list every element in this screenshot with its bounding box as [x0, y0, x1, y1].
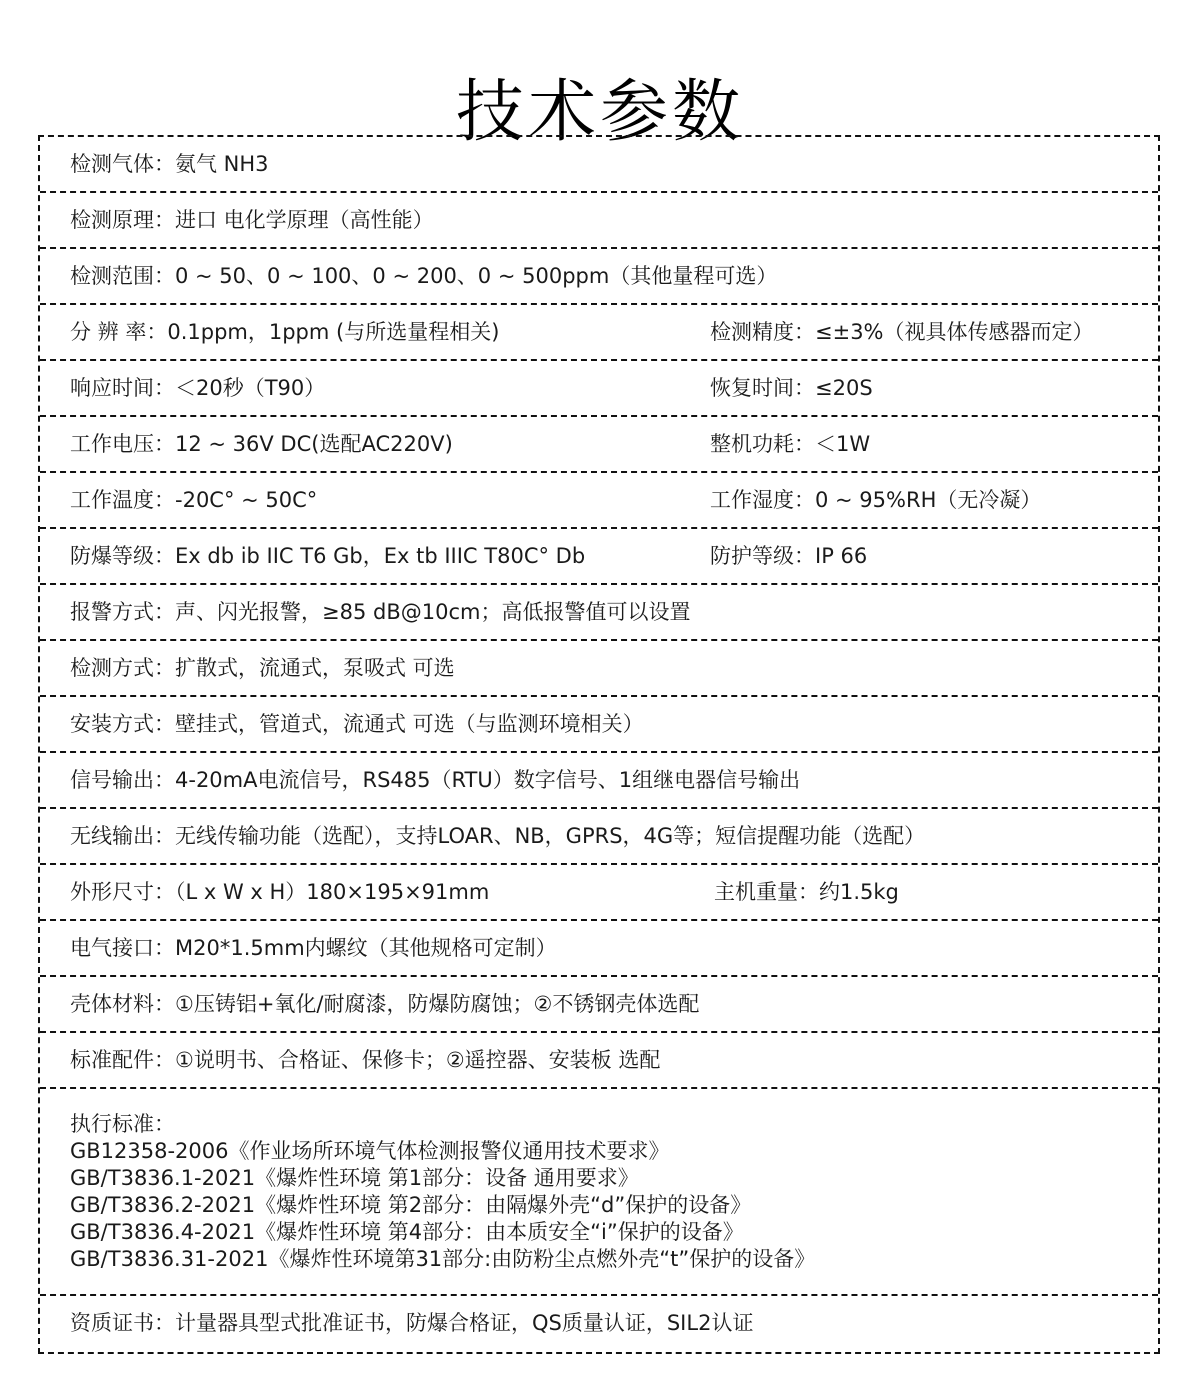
spec-row-certification: 资质证书：计量器具型式批准证书，防爆合格证，QS质量认证，SIL2认证 — [40, 1296, 1158, 1352]
standards-heading: 执行标准： — [40, 1111, 1158, 1138]
spec-row-housing: 壳体材料：①压铸铝+氧化/耐腐漆，防爆防腐蚀；②不锈钢壳体选配 — [40, 977, 1158, 1033]
spec-detected-gas: 检测气体：氨气 NH3 — [70, 137, 269, 191]
spec-signal-output: 信号输出：4-20mA电流信号，RS485（RTU）数字信号、1组继电器信号输出 — [70, 753, 800, 807]
spec-certifications: 资质证书：计量器具型式批准证书，防爆合格证，QS质量认证，SIL2认证 — [70, 1296, 753, 1350]
spec-wireless-output: 无线输出：无线传输功能（选配），支持LOAR、NB，GPRS，4G等；短信提醒功… — [70, 809, 925, 863]
spec-accuracy: 检测精度：≤±3%（视具体传感器而定） — [710, 305, 1094, 359]
spec-row-voltage: 工作电压：12 ~ 36V DC(选配AC220V) 整机功耗：＜1W — [40, 417, 1158, 473]
spec-row-detection-mode: 检测方式：扩散式，流通式，泵吸式 可选 — [40, 641, 1158, 697]
spec-housing-material: 壳体材料：①压铸铝+氧化/耐腐漆，防爆防腐蚀；②不锈钢壳体选配 — [70, 977, 699, 1031]
spec-electrical-interface: 电气接口：M20*1.5mm内螺纹（其他规格可定制） — [70, 921, 557, 975]
spec-row-installation: 安装方式：壁挂式，管道式，流通式 可选（与监测环境相关） — [40, 697, 1158, 753]
spec-row-standards: 执行标准： GB12358-2006《作业场所环境气体检测报警仪通用技术要求》 … — [40, 1089, 1158, 1296]
spec-alarm-mode: 报警方式：声、闪光报警，≥85 dB@10cm；高低报警值可以设置 — [70, 585, 690, 639]
spec-detection-mode: 检测方式：扩散式，流通式，泵吸式 可选 — [70, 641, 455, 695]
spec-row-signal: 信号输出：4-20mA电流信号，RS485（RTU）数字信号、1组继电器信号输出 — [40, 753, 1158, 809]
spec-weight: 主机重量：约1.5kg — [714, 865, 899, 919]
spec-row-resolution: 分 辨 率：0.1ppm，1ppm (与所选量程相关) 检测精度：≤±3%（视具… — [40, 305, 1158, 361]
spec-dimensions: 外形尺寸：（L x W x H）180×195×91mm — [70, 865, 489, 919]
spec-row-accessories: 标准配件：①说明书、合格证、保修卡；②遥控器、安装板 选配 — [40, 1033, 1158, 1089]
spec-working-humidity: 工作湿度：0 ~ 95%RH（无冷凝） — [710, 473, 1041, 527]
standard-item: GB/T3836.31-2021《爆炸性环境第31部分:由防粉尘点燃外壳“t”保… — [40, 1246, 1158, 1273]
spec-row-explosion-proof: 防爆等级：Ex db ib IIC T6 Gb，Ex tb IIIC T80C°… — [40, 529, 1158, 585]
spec-row-gas: 检测气体：氨气 NH3 — [40, 137, 1158, 193]
spec-recovery-time: 恢复时间：≤20S — [710, 361, 873, 415]
spec-working-voltage: 工作电压：12 ~ 36V DC(选配AC220V) — [70, 417, 453, 471]
spec-row-interface: 电气接口：M20*1.5mm内螺纹（其他规格可定制） — [40, 921, 1158, 977]
standard-item: GB/T3836.1-2021《爆炸性环境 第1部分：设备 通用要求》 — [40, 1165, 1158, 1192]
spec-row-dimensions: 外形尺寸：（L x W x H）180×195×91mm 主机重量：约1.5kg — [40, 865, 1158, 921]
standard-item: GB/T3836.2-2021《爆炸性环境 第2部分：由隔爆外壳“d”保护的设备… — [40, 1192, 1158, 1219]
spec-row-range: 检测范围：0 ~ 50、0 ~ 100、0 ~ 200、0 ~ 500ppm（其… — [40, 249, 1158, 305]
spec-row-alarm: 报警方式：声、闪光报警，≥85 dB@10cm；高低报警值可以设置 — [40, 585, 1158, 641]
spec-detection-principle: 检测原理：进口 电化学原理（高性能） — [70, 193, 434, 247]
spec-explosion-proof-grade: 防爆等级：Ex db ib IIC T6 Gb，Ex tb IIIC T80C°… — [70, 529, 585, 583]
spec-response-time: 响应时间：＜20秒（T90） — [70, 361, 325, 415]
spec-row-principle: 检测原理：进口 电化学原理（高性能） — [40, 193, 1158, 249]
spec-power-consumption: 整机功耗：＜1W — [710, 417, 870, 471]
spec-row-temperature: 工作温度：-20C° ~ 50C° 工作湿度：0 ~ 95%RH（无冷凝） — [40, 473, 1158, 529]
spec-detection-range: 检测范围：0 ~ 50、0 ~ 100、0 ~ 200、0 ~ 500ppm（其… — [70, 249, 777, 303]
spec-working-temperature: 工作温度：-20C° ~ 50C° — [70, 473, 317, 527]
spec-installation-mode: 安装方式：壁挂式，管道式，流通式 可选（与监测环境相关） — [70, 697, 644, 751]
spec-protection-grade: 防护等级：IP 66 — [710, 529, 867, 583]
standard-item: GB12358-2006《作业场所环境气体检测报警仪通用技术要求》 — [40, 1138, 1158, 1165]
spec-row-response: 响应时间：＜20秒（T90） 恢复时间：≤20S — [40, 361, 1158, 417]
spec-standard-accessories: 标准配件：①说明书、合格证、保修卡；②遥控器、安装板 选配 — [70, 1033, 660, 1087]
spec-row-wireless: 无线输出：无线传输功能（选配），支持LOAR、NB，GPRS，4G等；短信提醒功… — [40, 809, 1158, 865]
spec-resolution: 分 辨 率：0.1ppm，1ppm (与所选量程相关) — [70, 305, 499, 359]
spec-table: 检测气体：氨气 NH3 检测原理：进口 电化学原理（高性能） 检测范围：0 ~ … — [38, 135, 1160, 1354]
standard-item: GB/T3836.4-2021《爆炸性环境 第4部分：由本质安全“i”保护的设备… — [40, 1219, 1158, 1246]
